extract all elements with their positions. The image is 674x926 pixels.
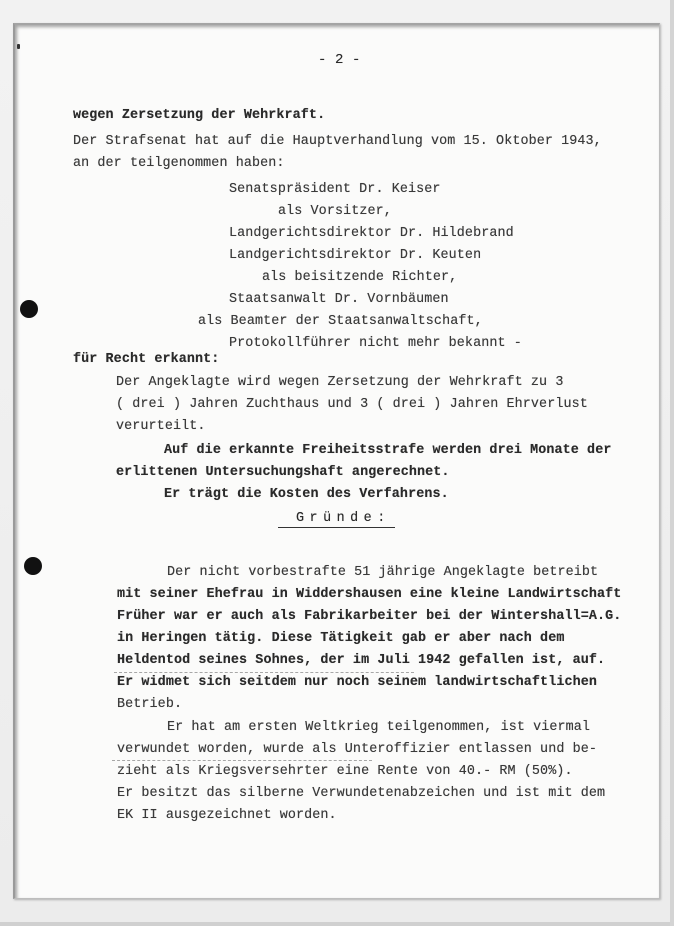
reasons-line: Er besitzt das silberne Verwundetenabzei…: [117, 786, 605, 802]
opening-line: wegen Zersetzung der Wehrkraft.: [73, 108, 325, 124]
verdict-intro: für Recht erkannt:: [73, 352, 219, 368]
verdict-line: Der Angeklagte wird wegen Zersetzung der…: [116, 375, 563, 391]
participant-line: Senatspräsident Dr. Keiser: [229, 182, 441, 198]
reasons-line: zieht als Kriegsversehrter eine Rente vo…: [117, 764, 573, 780]
participant-line: Protokollführer nicht mehr bekannt -: [229, 336, 522, 352]
verdict-line: Er trägt die Kosten des Verfahrens.: [164, 487, 449, 503]
participant-line: als Vorsitzer,: [278, 204, 392, 220]
verdict-line: Auf die erkannte Freiheitsstrafe werden …: [164, 443, 611, 459]
reasons-line: Er widmet sich seitdem nur noch seinem l…: [117, 675, 597, 691]
reasons-line: Der nicht vorbestrafte 51 jährige Angekl…: [167, 565, 598, 581]
reasons-line: mit seiner Ehefrau in Widdershausen eine…: [117, 587, 621, 603]
pencil-underline: [114, 672, 414, 673]
reasons-line: Früher war er auch als Fabrikarbeiter be…: [117, 609, 621, 625]
punch-hole: [24, 557, 42, 575]
reasons-line: verwundet worden, wurde als Unteroffizie…: [117, 742, 597, 758]
verdict-line: erlittenen Untersuchungshaft angerechnet…: [116, 465, 450, 481]
reasons-line: Heldentod seines Sohnes, der im Juli 194…: [117, 653, 605, 669]
participant-line: Staatsanwalt Dr. Vornbäumen: [229, 292, 449, 308]
punch-hole: [20, 300, 38, 318]
reasons-line: Er hat am ersten Weltkrieg teilgenommen,…: [167, 720, 590, 736]
participant-line: Landgerichtsdirektor Dr. Keuten: [229, 248, 481, 264]
participant-line: als beisitzende Richter,: [262, 270, 457, 286]
verdict-line: ( drei ) Jahren Zuchthaus und 3 ( drei )…: [116, 397, 588, 413]
intro-line: Der Strafsenat hat auf die Hauptverhandl…: [73, 134, 602, 150]
page-number: - 2 -: [318, 52, 361, 68]
participant-line: Landgerichtsdirektor Dr. Hildebrand: [229, 226, 514, 242]
verdict-line: verurteilt.: [116, 419, 206, 435]
reasons-line: in Heringen tätig. Diese Tätigkeit gab e…: [117, 631, 564, 647]
reasons-heading: Gründe:: [282, 511, 395, 528]
reasons-line: Betrieb.: [117, 697, 182, 713]
participant-line: als Beamter der Staatsanwaltschaft,: [198, 314, 483, 330]
pencil-underline: [112, 760, 372, 761]
reasons-line: EK II ausgezeichnet worden.: [117, 808, 337, 824]
scan-speck: [17, 44, 20, 49]
intro-line: an der teilgenommen haben:: [73, 156, 285, 172]
